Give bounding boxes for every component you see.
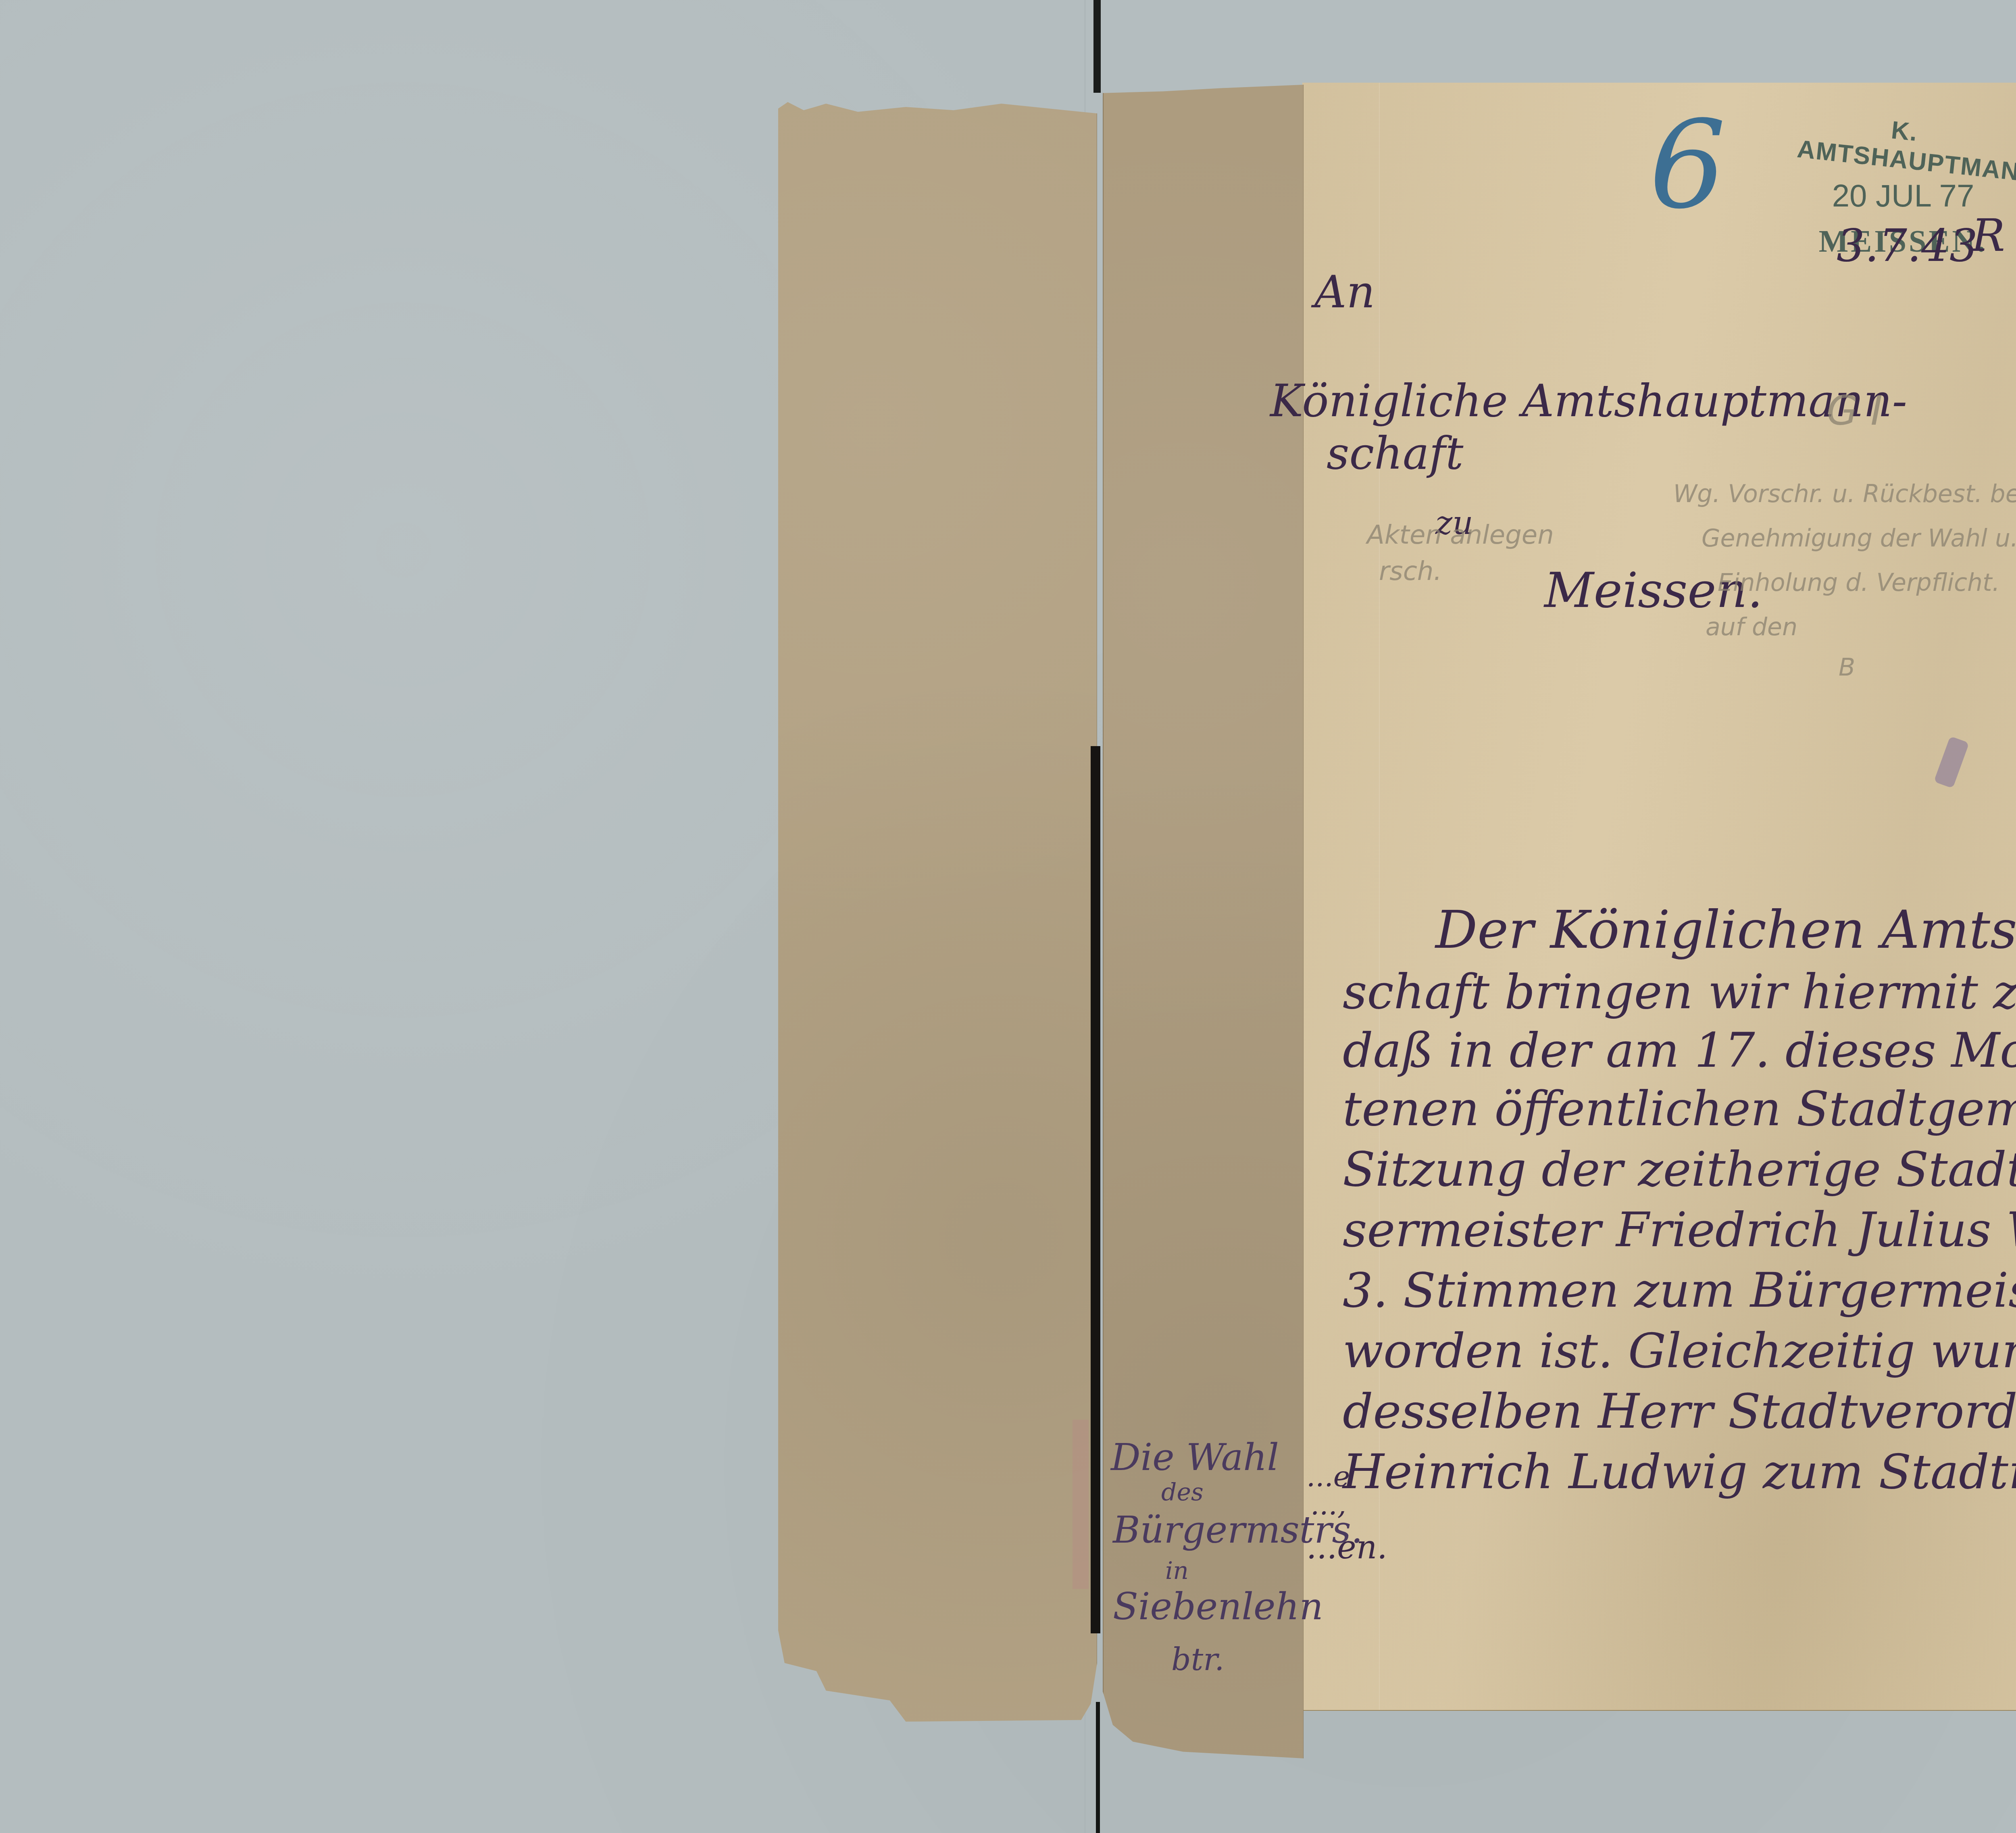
- binding-rod-top: [1093, 0, 1101, 93]
- spine-tear: [1073, 1420, 1089, 1589]
- body-line-6: sermeister Friedrich Julius Wolf mit 8. …: [1343, 1206, 2016, 1253]
- body-line-9: desselben Herr Stadtverordneter Kaufmann: [1343, 1387, 2016, 1435]
- folder-label-line2: des: [1161, 1478, 1204, 1506]
- address-recipient-line2: schaft: [1327, 427, 1463, 479]
- pencil-note-5: B: [1839, 653, 1855, 682]
- partial-line-3: ...en.: [1306, 1529, 1387, 1566]
- folio-number: 6: [1649, 105, 1726, 226]
- body-line-2: schaft bringen wir hiermit zur Anzeige,: [1343, 968, 2016, 1016]
- body-line-7: 3. Stimmen zum Bürgermeister erwählt: [1343, 1266, 2016, 1314]
- partial-line-2: ...,: [1310, 1488, 1346, 1521]
- folder-spine-gap: [1091, 746, 1100, 1633]
- address-an: An: [1314, 266, 1375, 318]
- body-line-1: Der Königlichen Amtshauptmann-: [1435, 903, 2016, 956]
- body-line-4: tenen öffentlichen Stadtgemeinderaths-: [1343, 1085, 2016, 1132]
- body-line-8: worden ist. Gleichzeitig wurde an Stelle: [1343, 1327, 2016, 1374]
- folder-label-line5: Siebenlehn: [1113, 1585, 1323, 1628]
- pencil-mark-gi: G I: [1826, 387, 1883, 434]
- pencil-note-3: Einholung d. Verpflicht.: [1718, 569, 2000, 597]
- body-line-10: Heinrich Ludwig zum Stadtrathsmitglied: [1343, 1448, 2016, 1495]
- pencil-note-rsch: rsch.: [1379, 557, 1442, 586]
- stamp-date: 20 JUL 77: [1798, 177, 2008, 214]
- pencil-note-4: auf den: [1706, 613, 1797, 641]
- folder-cover-left: [778, 99, 1097, 1728]
- address-recipient-line1: Königliche Amtshauptmann-: [1270, 375, 1907, 427]
- folder-label-line1: Die Wahl: [1111, 1436, 1279, 1479]
- folder-label-line6: btr.: [1171, 1641, 1224, 1677]
- stamp-authority: K. AMTSHAUPTMANNSCHAFT: [1796, 106, 2010, 185]
- folder-flap: [1103, 85, 1304, 1758]
- body-line-3: daß in der am 17. dieses Monats abgehal-: [1343, 1026, 2016, 1074]
- registry-initial: R: [1972, 210, 2005, 261]
- pencil-note-1: Wg. Vorschr. u. Rückbest. bez.: [1673, 480, 2016, 508]
- folder-label-line4: in: [1165, 1557, 1189, 1585]
- pencil-note-akten: Akten anlegen: [1367, 520, 1554, 550]
- body-line-5: Sitzung der zeitherige Stadtrath, Schlos…: [1343, 1145, 2016, 1193]
- registry-number: 3.7.43: [1837, 220, 1978, 271]
- binding-rod-bottom: [1096, 1702, 1100, 1833]
- pencil-note-2: Genehmigung der Wahl u.: [1702, 524, 2016, 553]
